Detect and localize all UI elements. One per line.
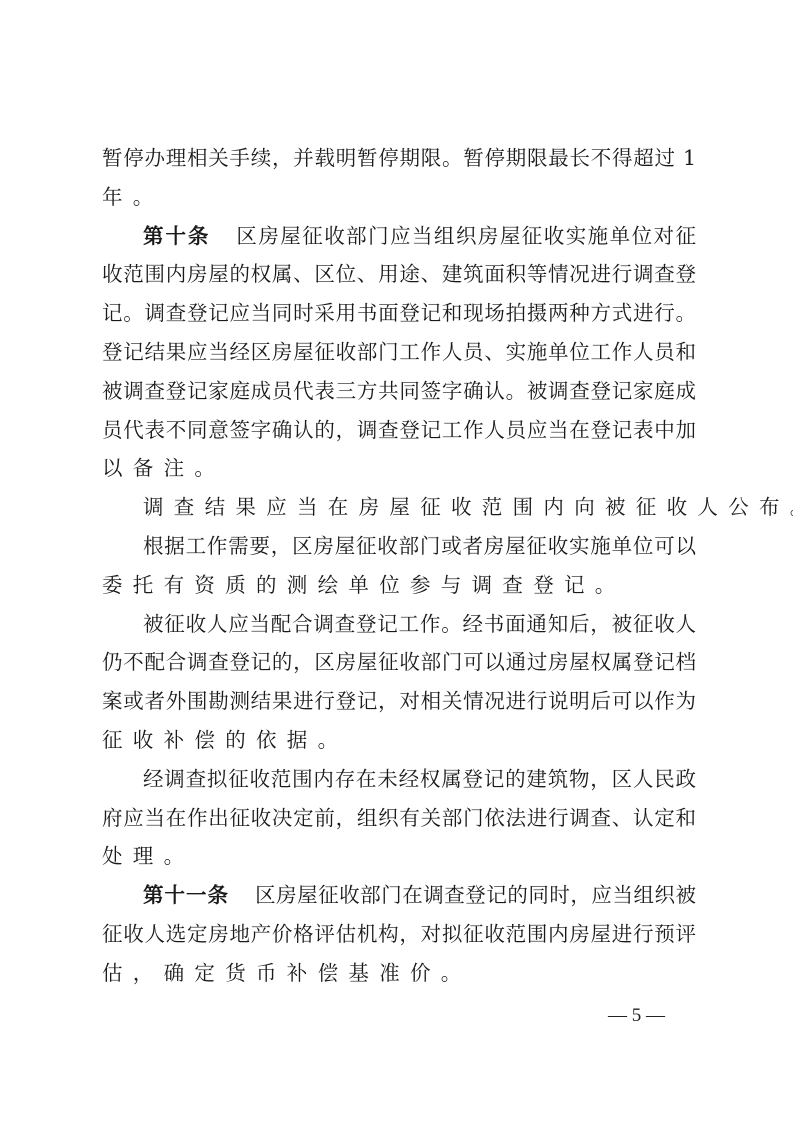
text-line: 仍不配合调查登记的，区房屋征收部门可以通过房屋权属登记档 <box>102 643 696 682</box>
text-line: 记。调查登记应当同时采用书面登记和现场拍摄两种方式进行。 <box>102 294 696 333</box>
text-line: 登记结果应当经区房屋征收部门工作人员、实施单位工作人员和 <box>102 333 696 372</box>
text-line: 员代表不同意签字确认的，调查登记工作人员应当在登记表中加 <box>102 411 696 450</box>
text-line: 委托有资质的测绘单位参与调查登记。 <box>102 566 696 605</box>
text-line: 征收补偿的依据。 <box>102 721 696 760</box>
article-10-heading-line: 第十条区房屋征收部门应当组织房屋征收实施单位对征 <box>102 217 696 256</box>
page-number: — 5 — <box>608 1005 665 1027</box>
text-line: 被征收人应当配合调查登记工作。经书面通知后，被征收人 <box>102 605 696 644</box>
text-line: 经调查拟征收范围内存在未经权属登记的建筑物，区人民政 <box>102 760 696 799</box>
article-text: 区房屋征收部门应当组织房屋征收实施单位对征 <box>236 224 696 248</box>
document-body: 暂停办理相关手续，并载明暂停期限。暂停期限最长不得超过 1 年。 第十条区房屋征… <box>102 139 696 993</box>
text-line: 处理。 <box>102 837 696 876</box>
text-line: 被调查登记家庭成员代表三方共同签字确认。被调查登记家庭成 <box>102 372 696 411</box>
article-11-heading-line: 第十一条区房屋征收部门在调查登记的同时，应当组织被 <box>102 876 696 915</box>
article-title: 第十一条 <box>143 883 229 907</box>
article-text: 区房屋征收部门在调查登记的同时，应当组织被 <box>255 883 696 907</box>
text-line: 府应当在作出征收决定前，组织有关部门依法进行调查、认定和 <box>102 799 696 838</box>
text-line: 调查结果应当在房屋征收范围内向被征收人公布。 <box>102 488 696 527</box>
text-line: 收范围内房屋的权属、区位、用途、建筑面积等情况进行调查登 <box>102 255 696 294</box>
text-line: 征收人选定房地产价格评估机构，对拟征收范围内房屋进行预评 <box>102 915 696 954</box>
text-line: 估，确定货币补偿基准价。 <box>102 954 696 993</box>
text-line: 案或者外围勘测结果进行登记，对相关情况进行说明后可以作为 <box>102 682 696 721</box>
text-line: 根据工作需要，区房屋征收部门或者房屋征收实施单位可以 <box>102 527 696 566</box>
text-line: 年。 <box>102 178 696 217</box>
text-line: 以备注。 <box>102 449 696 488</box>
document-page: 暂停办理相关手续，并载明暂停期限。暂停期限最长不得超过 1 年。 第十条区房屋征… <box>0 0 793 1122</box>
text-line: 暂停办理相关手续，并载明暂停期限。暂停期限最长不得超过 1 <box>102 139 696 178</box>
article-title: 第十条 <box>143 224 210 248</box>
